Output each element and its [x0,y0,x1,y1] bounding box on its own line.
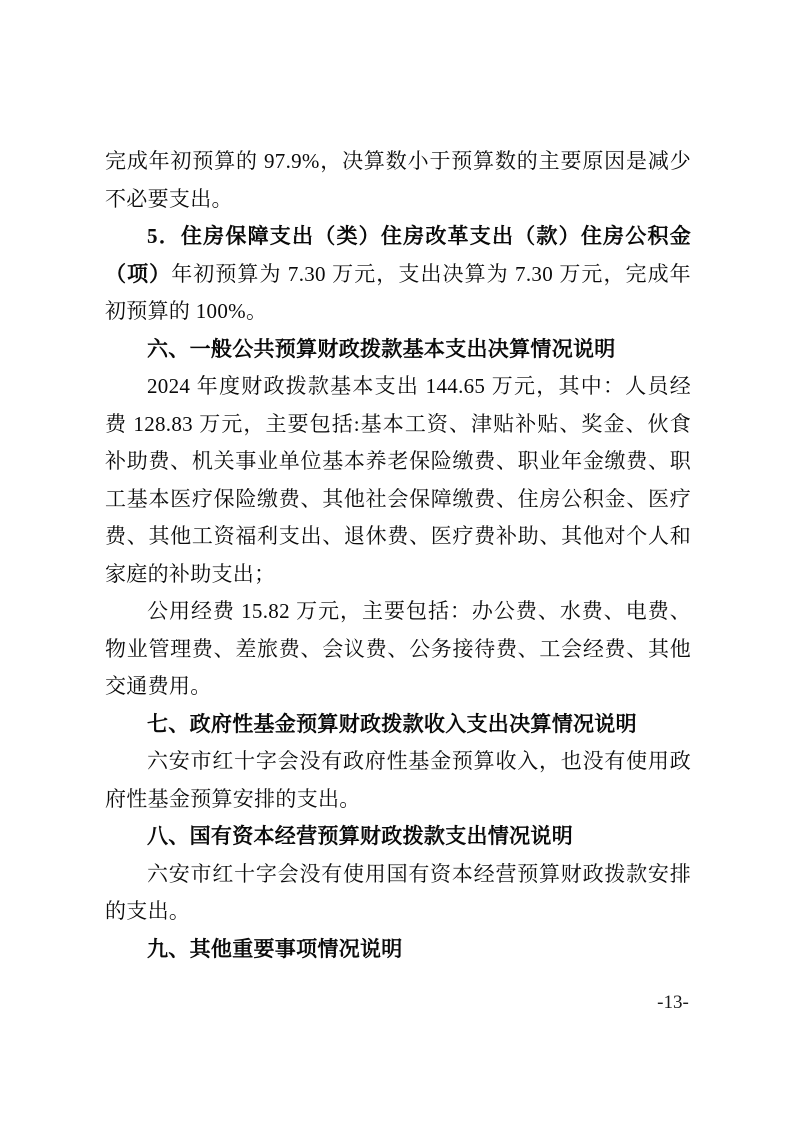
section-heading-8: 八、国有资本经营预算财政拨款支出情况说明 [105,818,691,856]
paragraph-overflow: 完成年初预算的 97.9%，决算数小于预算数的主要原因是减少不必要支出。 [105,143,691,218]
document-body: 完成年初预算的 97.9%，决算数小于预算数的主要原因是减少不必要支出。 5．住… [105,143,691,968]
section-heading-7: 七、政府性基金预算财政拨款收入支出决算情况说明 [105,706,691,744]
document-page: 完成年初预算的 97.9%，决算数小于预算数的主要原因是减少不必要支出。 5．住… [0,0,793,1122]
paragraph-8: 六安市红十字会没有使用国有资本经营预算财政拨款安排的支出。 [105,856,691,931]
paragraph-6-public: 公用经费 15.82 万元，主要包括：办公费、水费、电费、物业管理费、差旅费、会… [105,593,691,706]
page-number: -13- [648,992,698,1014]
section-heading-9: 九、其他重要事项情况说明 [105,931,691,969]
paragraph-7: 六安市红十字会没有政府性基金预算收入，也没有使用政府性基金预算安排的支出。 [105,743,691,818]
paragraph-item5: 5．住房保障支出（类）住房改革支出（款）住房公积金（项）年初预算为 7.30 万… [105,218,691,331]
item5-text: 年初预算为 7.30 万元，支出决算为 7.30 万元，完成年初预算的 100%… [105,262,691,324]
section-heading-6: 六、一般公共预算财政拨款基本支出决算情况说明 [105,331,691,369]
paragraph-6-personnel: 2024 年度财政拨款基本支出 144.65 万元，其中：人员经费 128.83… [105,368,691,593]
